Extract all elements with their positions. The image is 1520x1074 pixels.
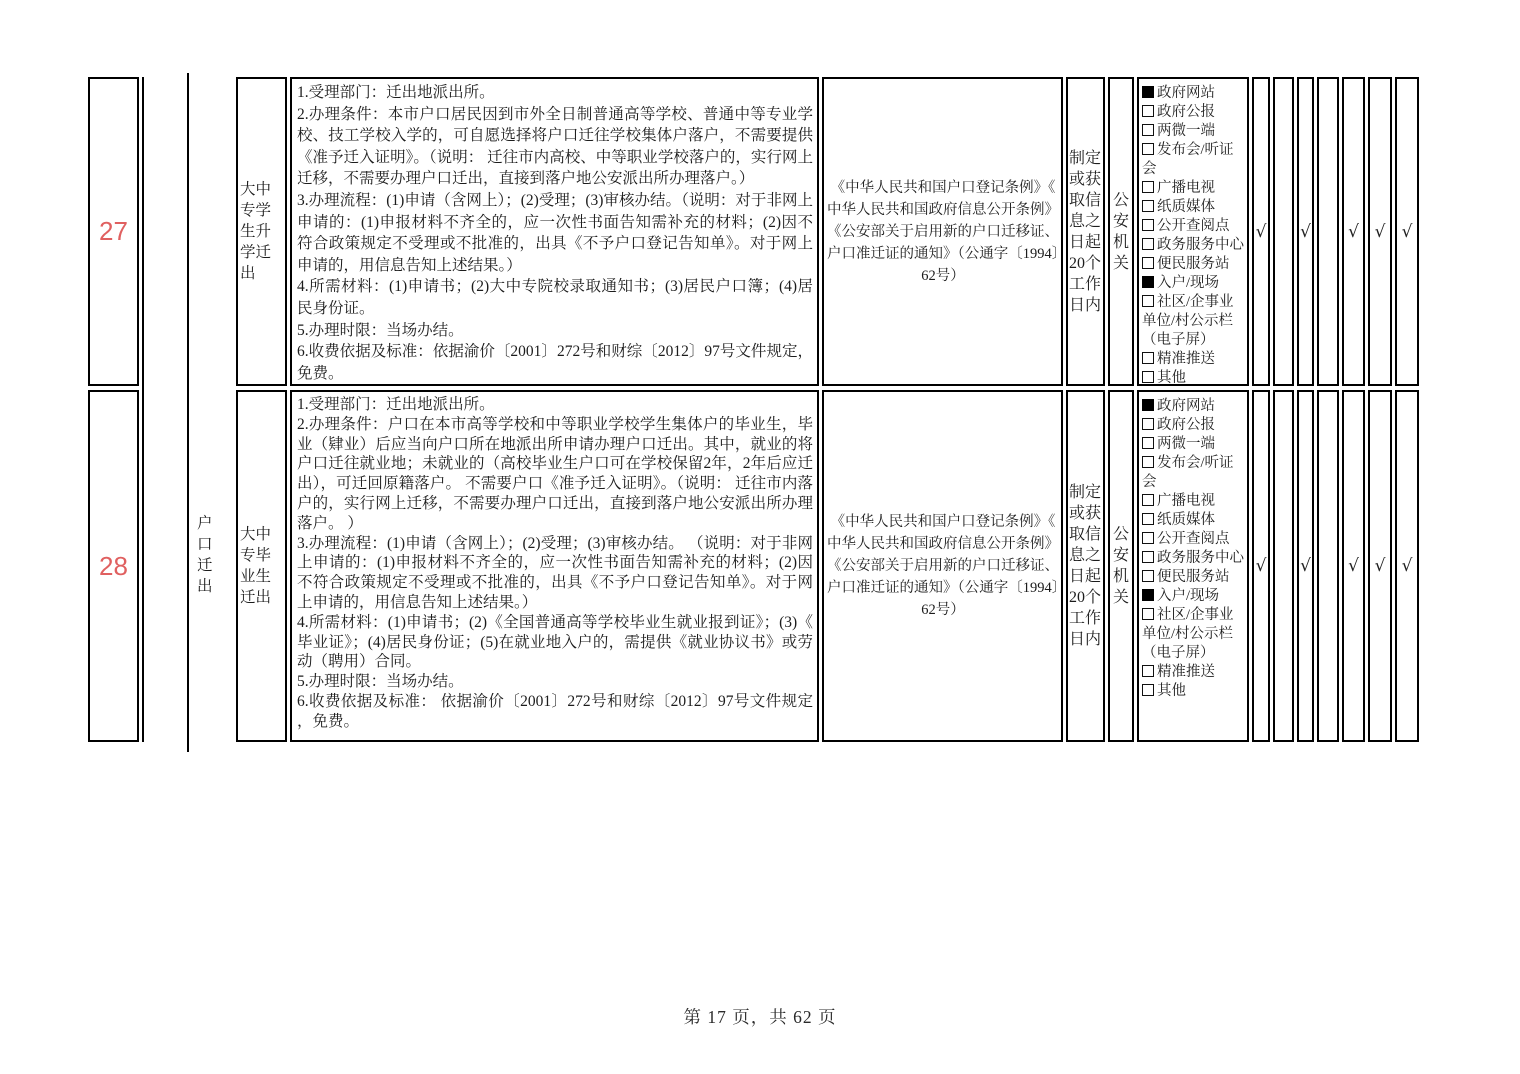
channel-item: 两微一端 <box>1142 122 1247 141</box>
channel-label: 广播电视 <box>1157 180 1215 196</box>
check-mark-cell <box>1273 77 1294 386</box>
channel-item: 政府公报 <box>1142 416 1247 435</box>
check-mark-cell <box>1317 77 1339 386</box>
checkbox-icon <box>1142 219 1154 231</box>
channel-item: 公开查阅点 <box>1142 530 1247 549</box>
channel-label: 入户/现场 <box>1157 588 1219 604</box>
channel-item: 社区/企事业单位/村公示栏（电子屏） <box>1142 293 1247 350</box>
legal-basis-text: 《中华人民共和国户口登记条例》《中华人民共和国政府信息公开条例》《公安部关于启用… <box>827 511 1059 621</box>
channel-item: 政府网站 <box>1142 397 1247 416</box>
procedure-cell: 1.受理部门：迁出地派出所。2.办理条件：户口在本市高等学校和中等职业学校学生集… <box>290 390 819 742</box>
channel-item: 其他 <box>1142 369 1247 388</box>
channel-item: 入户/现场 <box>1142 274 1247 293</box>
channel-label: 发布会/听证会 <box>1142 142 1234 177</box>
channel-label: 公开查阅点 <box>1157 531 1230 547</box>
channel-item: 发布会/听证会 <box>1142 454 1247 492</box>
channel-list: 政府网站政府公报两微一端发布会/听证会广播电视纸质媒体公开查阅点政务服务中心便民… <box>1142 84 1247 388</box>
channel-item: 政务服务中心 <box>1142 236 1247 255</box>
channel-label: 政府公报 <box>1157 104 1215 120</box>
channel-item: 发布会/听证会 <box>1142 141 1247 179</box>
checkbox-icon <box>1142 551 1154 563</box>
check-mark-cell: √ <box>1368 390 1392 742</box>
channel-label: 便民服务站 <box>1157 569 1230 585</box>
procedure-item: 6.收费依据及标准：依据渝价〔2001〕272号和财综〔2012〕97号文件规定… <box>297 341 813 384</box>
checkbox-icon <box>1142 437 1154 449</box>
channel-label: 纸质媒体 <box>1157 512 1215 528</box>
time-limit-text: 制定或获取信息之日起20个工作日内 <box>1069 148 1102 316</box>
procedure-item: 5.办理时限：当场办结。 <box>297 320 813 342</box>
procedure-item: 3.办理流程：(1)申请（含网上）；(2)受理；(3)审核办结。 （说明：对于非… <box>297 534 813 613</box>
subcategory-label: 大中专毕业生迁出 <box>240 524 283 608</box>
channel-label: 政府网站 <box>1157 85 1215 101</box>
channel-label: 精准推送 <box>1157 351 1215 367</box>
records-table: 27 户口迁出 大中专学生升学迁出 1.受理部门：迁出地派出所。2.办理条件：本… <box>88 77 1419 742</box>
channel-item: 纸质媒体 <box>1142 198 1247 217</box>
row-number: 27 <box>88 77 139 386</box>
procedure-item: 6.收费依据及标准： 依据渝价〔2001〕272号和财综〔2012〕97号文件规… <box>297 692 813 732</box>
checkbox-icon <box>1142 181 1154 193</box>
procedure-item: 5.办理时限：当场办结。 <box>297 672 813 692</box>
channel-label: 社区/企事业单位/村公示栏（电子屏） <box>1142 294 1234 348</box>
channel-label: 其他 <box>1157 683 1186 699</box>
checkbox-icon <box>1142 589 1154 601</box>
legal-basis-cell: 《中华人民共和国户口登记条例》《中华人民共和国政府信息公开条例》《公安部关于启用… <box>822 77 1063 386</box>
channel-item: 政务服务中心 <box>1142 549 1247 568</box>
channel-label: 政府网站 <box>1157 398 1215 414</box>
checkbox-icon <box>1142 200 1154 212</box>
channel-label: 其他 <box>1157 370 1186 386</box>
channel-list: 政府网站政府公报两微一端发布会/听证会广播电视纸质媒体公开查阅点政务服务中心便民… <box>1142 397 1247 701</box>
subcategory-cell: 大中专学生升学迁出 <box>236 77 287 386</box>
procedure-cell: 1.受理部门：迁出地派出所。2.办理条件：本市户口居民因到市外全日制普通高等学校… <box>290 77 819 386</box>
agency-text: 公安机关 <box>1113 190 1130 274</box>
channels-cell: 政府网站政府公报两微一端发布会/听证会广播电视纸质媒体公开查阅点政务服务中心便民… <box>1137 77 1249 386</box>
document-page: 27 户口迁出 大中专学生升学迁出 1.受理部门：迁出地派出所。2.办理条件：本… <box>0 0 1520 1074</box>
check-mark-cell: √ <box>1252 77 1270 386</box>
procedure-item: 4.所需材料：(1)申请书；(2)《全国普通高等学校毕业生就业报到证》；(3)《… <box>297 613 813 672</box>
procedure-item: 1.受理部门：迁出地派出所。 <box>297 82 813 104</box>
channel-label: 政府公报 <box>1157 417 1215 433</box>
checkbox-icon <box>1142 532 1154 544</box>
channel-item: 精准推送 <box>1142 663 1247 682</box>
channel-item: 两微一端 <box>1142 435 1247 454</box>
page-footer: 第 17 页，共 62 页 <box>0 1004 1520 1029</box>
channel-label: 两微一端 <box>1157 436 1215 452</box>
agency-text: 公安机关 <box>1113 524 1130 608</box>
channel-label: 两微一端 <box>1157 123 1215 139</box>
agency-cell: 公安机关 <box>1108 390 1134 742</box>
time-limit-cell: 制定或获取信息之日起20个工作日内 <box>1066 390 1105 742</box>
channel-label: 社区/企事业单位/村公示栏（电子屏） <box>1142 607 1234 661</box>
check-mark-cell: √ <box>1395 77 1419 386</box>
checkbox-icon <box>1142 399 1154 411</box>
checkbox-icon <box>1142 276 1154 288</box>
check-mark-cell <box>1273 390 1294 742</box>
spacer-column-cell <box>142 77 187 742</box>
checkbox-icon <box>1142 295 1154 307</box>
channel-item: 社区/企事业单位/村公示栏（电子屏） <box>1142 606 1247 663</box>
time-limit-cell: 制定或获取信息之日起20个工作日内 <box>1066 77 1105 386</box>
checkbox-icon <box>1142 570 1154 582</box>
check-mark-cell <box>1317 390 1339 742</box>
channel-item: 政府公报 <box>1142 103 1247 122</box>
category-cell: 户口迁出 <box>190 77 233 742</box>
checkbox-icon <box>1142 494 1154 506</box>
checkbox-icon <box>1142 143 1154 155</box>
checkbox-icon <box>1142 608 1154 620</box>
check-mark-cell: √ <box>1395 390 1419 742</box>
checkbox-icon <box>1142 665 1154 677</box>
procedure-item: 4.所需材料：(1)申请书；(2)大中专院校录取通知书；(3)居民户口簿；(4)… <box>297 276 813 319</box>
checkbox-icon <box>1142 105 1154 117</box>
subcategory-label: 大中专学生升学迁出 <box>240 179 283 284</box>
checkbox-icon <box>1142 257 1154 269</box>
legal-basis-cell: 《中华人民共和国户口登记条例》《中华人民共和国政府信息公开条例》《公安部关于启用… <box>822 390 1063 742</box>
checkbox-icon <box>1142 124 1154 136</box>
channel-label: 发布会/听证会 <box>1142 455 1234 490</box>
channel-label: 便民服务站 <box>1157 256 1230 272</box>
channel-item: 纸质媒体 <box>1142 511 1247 530</box>
channel-item: 精准推送 <box>1142 350 1247 369</box>
channel-item: 广播电视 <box>1142 492 1247 511</box>
checkbox-icon <box>1142 684 1154 696</box>
agency-cell: 公安机关 <box>1108 77 1134 386</box>
channel-label: 精准推送 <box>1157 664 1215 680</box>
channel-item: 广播电视 <box>1142 179 1247 198</box>
checkbox-icon <box>1142 86 1154 98</box>
checkbox-icon <box>1142 513 1154 525</box>
time-limit-text: 制定或获取信息之日起20个工作日内 <box>1069 482 1102 650</box>
checkbox-icon <box>1142 352 1154 364</box>
checkbox-icon <box>1142 456 1154 468</box>
channel-item: 政府网站 <box>1142 84 1247 103</box>
channel-label: 纸质媒体 <box>1157 199 1215 215</box>
channel-item: 其他 <box>1142 682 1247 701</box>
row-number: 28 <box>88 390 139 742</box>
legal-basis-text: 《中华人民共和国户口登记条例》《中华人民共和国政府信息公开条例》《公安部关于启用… <box>827 177 1059 287</box>
procedure-item: 2.办理条件：户口在本市高等学校和中等职业学校学生集体户的毕业生，毕业（肄业）后… <box>297 415 813 534</box>
channel-item: 入户/现场 <box>1142 587 1247 606</box>
channel-item: 便民服务站 <box>1142 255 1247 274</box>
check-mark-cell: √ <box>1297 77 1314 386</box>
checkbox-icon <box>1142 371 1154 383</box>
checkbox-icon <box>1142 418 1154 430</box>
channel-label: 政务服务中心 <box>1157 237 1244 253</box>
channel-label: 政务服务中心 <box>1157 550 1244 566</box>
procedure-item: 1.受理部门：迁出地派出所。 <box>297 395 813 415</box>
channel-label: 公开查阅点 <box>1157 218 1230 234</box>
channel-item: 便民服务站 <box>1142 568 1247 587</box>
check-mark-cell: √ <box>1252 390 1270 742</box>
channel-label: 入户/现场 <box>1157 275 1219 291</box>
checkbox-icon <box>1142 238 1154 250</box>
check-mark-cell: √ <box>1342 390 1365 742</box>
check-mark-cell: √ <box>1368 77 1392 386</box>
check-mark-cell: √ <box>1342 77 1365 386</box>
channel-item: 公开查阅点 <box>1142 217 1247 236</box>
procedure-item: 2.办理条件：本市户口居民因到市外全日制普通高等学校、普通中等专业学校、技工学校… <box>297 104 813 190</box>
procedure-item: 3.办理流程：(1)申请（含网上）；(2)受理；(3)审核办结。（说明：对于非网… <box>297 190 813 276</box>
subcategory-cell: 大中专毕业生迁出 <box>236 390 287 742</box>
check-mark-cell: √ <box>1297 390 1314 742</box>
channel-label: 广播电视 <box>1157 493 1215 509</box>
channels-cell: 政府网站政府公报两微一端发布会/听证会广播电视纸质媒体公开查阅点政务服务中心便民… <box>1137 390 1249 742</box>
